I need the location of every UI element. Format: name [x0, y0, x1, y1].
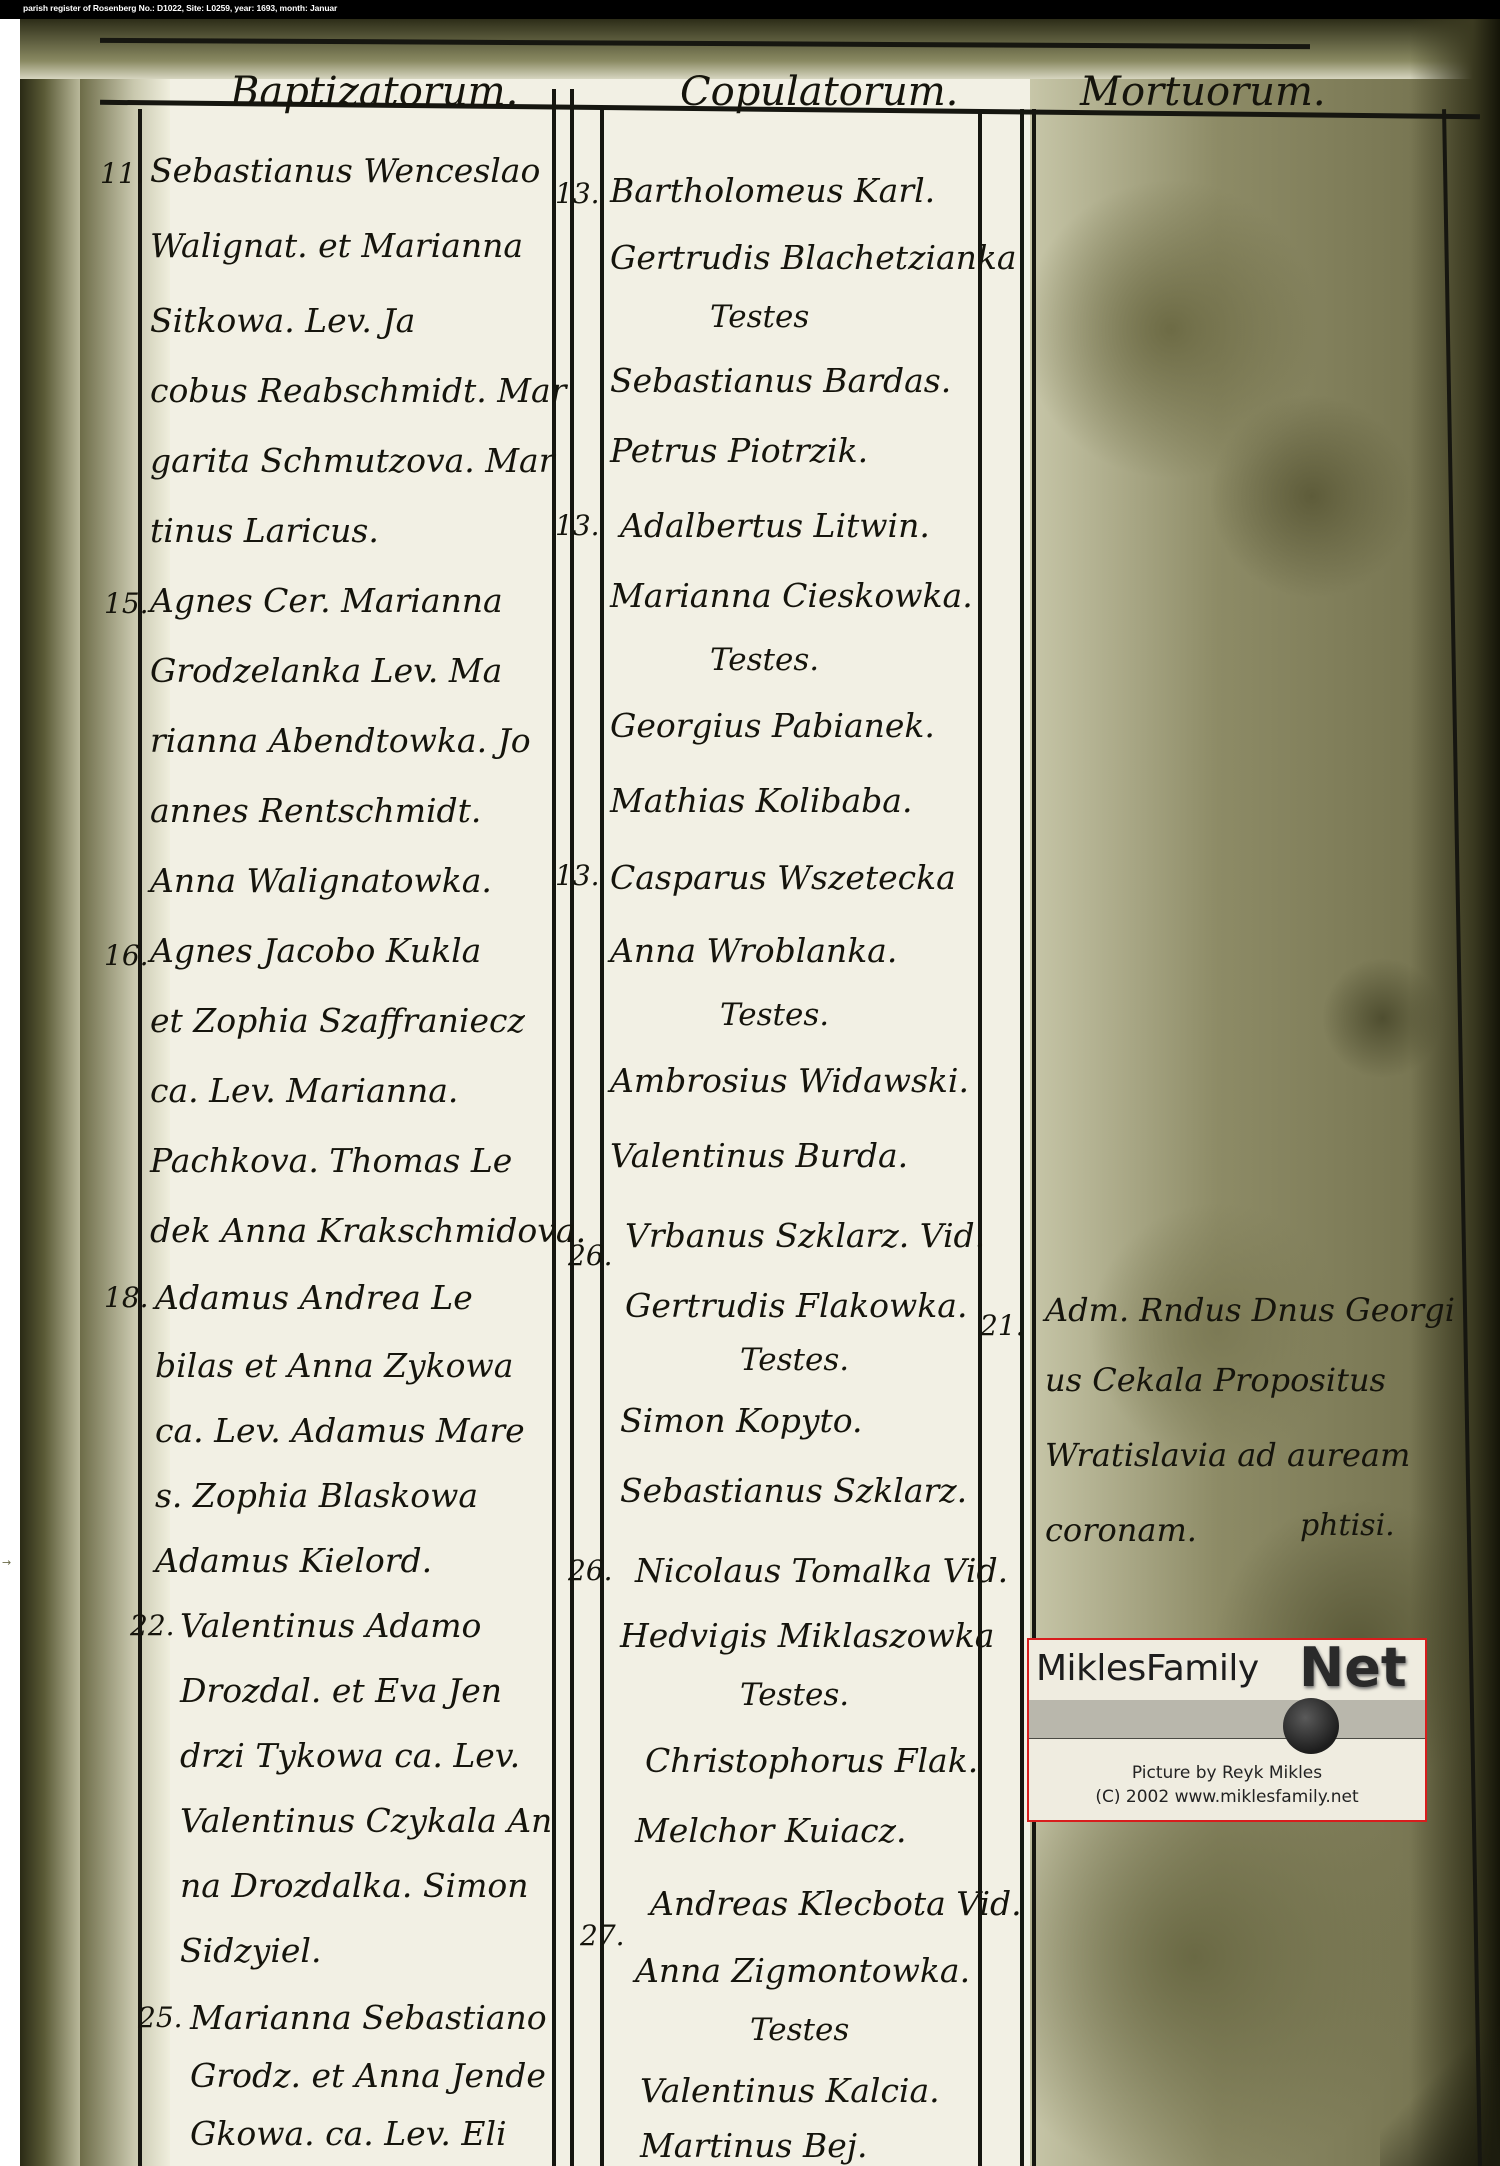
- testes-label: Testes.: [740, 1679, 849, 1712]
- entry-line: Marianna Cieskowka.: [610, 579, 973, 612]
- entry-line: Anna Wroblanka.: [610, 934, 897, 967]
- entry-day: 13.: [555, 859, 600, 892]
- entry-day: 13.: [555, 509, 600, 542]
- entry-line: Valentinus Czykala An: [180, 1804, 552, 1837]
- testes-label: Testes: [710, 301, 809, 334]
- column-header-marriages: Copulatorum.: [680, 69, 958, 115]
- entry-line: Adamus Kielord.: [155, 1544, 432, 1577]
- entry-line: garita Schmutzova. Mar: [150, 444, 555, 477]
- entry-line: Melchor Kuiacz.: [635, 1814, 907, 1847]
- entry-line: Sidzyiel.: [180, 1934, 321, 1967]
- register-page-scan: Baptizatorum. Copulatorum. Mortuorum. 11…: [20, 19, 1500, 2166]
- entry-line: coronam.: [1045, 1514, 1197, 1547]
- logo-brand: MiklesFamily: [1036, 1648, 1259, 1689]
- entry-day: 25.: [138, 2001, 183, 2034]
- entry-line: Adalbertus Litwin.: [620, 509, 930, 542]
- logo-brand-suffix: Net: [1299, 1638, 1407, 1699]
- testes-label: Testes: [750, 2014, 849, 2047]
- entry-line: Anna Walignatowka.: [150, 864, 492, 897]
- entry-line: Agnes Jacobo Kukla: [150, 934, 481, 967]
- document-title: parish register of Rosenberg No.: D1022,…: [23, 3, 337, 13]
- entry-line: Mathias Kolibaba.: [610, 784, 912, 817]
- testes-label: Testes.: [710, 644, 819, 677]
- entry-day: 11.: [100, 157, 145, 190]
- entry-day: 22.: [130, 1609, 175, 1642]
- entry-line: Walignat. et Marianna: [150, 229, 523, 262]
- miklesfamily-watermark: MiklesFamily Net Picture by Reyk Mikles …: [1027, 1638, 1427, 1822]
- entry-line: cobus Reabschmidt. Mar: [150, 374, 566, 407]
- testes-label: Testes.: [720, 999, 829, 1032]
- entry-line: na Drozdalka. Simon: [180, 1869, 528, 1902]
- column-header-deaths: Mortuorum.: [1080, 69, 1326, 115]
- entry-line: us Cekala Propositus: [1045, 1364, 1386, 1397]
- entry-line: Adm. Rndus Dnus Georgi: [1045, 1294, 1455, 1327]
- entry-line: Agnes Cer. Marianna: [150, 584, 503, 617]
- entry-day: 15.: [104, 587, 149, 620]
- entry-line: Adamus Andrea Le: [155, 1281, 473, 1314]
- page-corner-shadow: [1380, 2026, 1500, 2166]
- entry-line: tinus Laricus.: [150, 514, 379, 547]
- testes-label: Testes.: [740, 1344, 849, 1377]
- entry-line: Grodzelanka Lev. Ma: [150, 654, 502, 687]
- column-header-baptisms: Baptizatorum.: [230, 69, 518, 115]
- entry-day: 27.: [580, 1919, 625, 1952]
- entry-line: Sitkowa. Lev. Ja: [150, 304, 415, 337]
- entry-line: dek Anna Krakschmidova.: [150, 1214, 586, 1247]
- entry-line: Anna Zigmontowka.: [635, 1954, 970, 1987]
- entry-line: Petrus Piotrzik.: [610, 434, 868, 467]
- entry-line: Gertrudis Flakowka.: [625, 1289, 967, 1322]
- page-edge-shadow: [1410, 19, 1500, 2166]
- logo-copyright: (C) 2002 www.miklesfamily.net: [1029, 1787, 1425, 1807]
- entry-line: ca. Lev. Marianna.: [150, 1074, 458, 1107]
- entry-line: drzi Tykowa ca. Lev.: [180, 1739, 520, 1772]
- entry-line: Ambrosius Widawski.: [610, 1064, 969, 1097]
- column-rule: [138, 109, 142, 2166]
- column-rule: [1020, 109, 1024, 2166]
- entry-line: Drozdal. et Eva Jen: [180, 1674, 502, 1707]
- entry-line: Marianna Sebastiano: [190, 2001, 547, 2034]
- entry-line: Valentinus Adamo: [180, 1609, 481, 1642]
- entry-line: Valentinus Burda.: [610, 1139, 908, 1172]
- column-rule: [600, 109, 604, 2166]
- entry-day: 26.: [568, 1554, 613, 1587]
- entry-line: Gkowa. ca. Lev. Eli: [190, 2117, 507, 2150]
- title-bar: parish register of Rosenberg No.: D1022,…: [0, 0, 1500, 19]
- entry-line: Martinus Bej.: [640, 2129, 868, 2162]
- entry-line: Casparus Wszetecka: [610, 861, 956, 894]
- entry-day: 26.: [568, 1239, 613, 1272]
- entry-line: Sebastianus Wenceslao: [150, 154, 540, 187]
- entry-line: Vrbanus Szklarz. Vid.: [625, 1219, 985, 1252]
- entry-line: Hedvigis Miklaszowka: [620, 1619, 994, 1652]
- entry-line: Pachkova. Thomas Le: [150, 1144, 512, 1177]
- entry-day: 16.: [104, 939, 149, 972]
- entry-line: Andreas Klecbota Vid.: [650, 1887, 1022, 1920]
- entry-line: Grodz. et Anna Jende: [190, 2059, 546, 2092]
- entry-line: Gertrudis Blachetzianka: [610, 241, 1017, 274]
- logo-credit: Picture by Reyk Mikles: [1029, 1763, 1425, 1783]
- entry-line: Sebastianus Szklarz.: [620, 1474, 967, 1507]
- column-rule: [570, 89, 574, 2166]
- logo-dot-icon: [1283, 1698, 1339, 1754]
- entry-line: Sebastianus Bardas.: [610, 364, 951, 397]
- entry-line: ca. Lev. Adamus Mare: [155, 1414, 525, 1447]
- entry-day: 21.: [980, 1309, 1025, 1342]
- entry-line: Georgius Pabianek.: [610, 709, 935, 742]
- entry-line: Nicolaus Tomalka Vid.: [635, 1554, 1008, 1587]
- entry-line: rianna Abendtowka. Jo: [150, 724, 531, 757]
- page-binding-shadow: [20, 19, 80, 2166]
- logo-band: [1029, 1700, 1425, 1739]
- entry-line: s. Zophia Blaskowa: [155, 1479, 478, 1512]
- entry-line: Christophorus Flak.: [645, 1744, 978, 1777]
- entry-line: annes Rentschmidt.: [150, 794, 481, 827]
- column-rule: [1032, 109, 1036, 2166]
- entry-line: Valentinus Kalcia.: [640, 2074, 940, 2107]
- column-rule: [978, 109, 982, 2166]
- entry-line: Wratislavia ad auream: [1045, 1439, 1410, 1472]
- entry-line: Simon Kopyto.: [620, 1404, 863, 1437]
- entry-day: 18.: [104, 1281, 149, 1314]
- entry-line: phtisi.: [1300, 1509, 1395, 1542]
- entry-line: et Zophia Szaffraniecz: [150, 1004, 525, 1037]
- entry-line: bilas et Anna Zykowa: [155, 1349, 513, 1382]
- entry-day: 13.: [555, 177, 600, 210]
- arrow-right-icon[interactable]: →: [2, 1557, 11, 1568]
- entry-line: Bartholomeus Karl.: [610, 174, 935, 207]
